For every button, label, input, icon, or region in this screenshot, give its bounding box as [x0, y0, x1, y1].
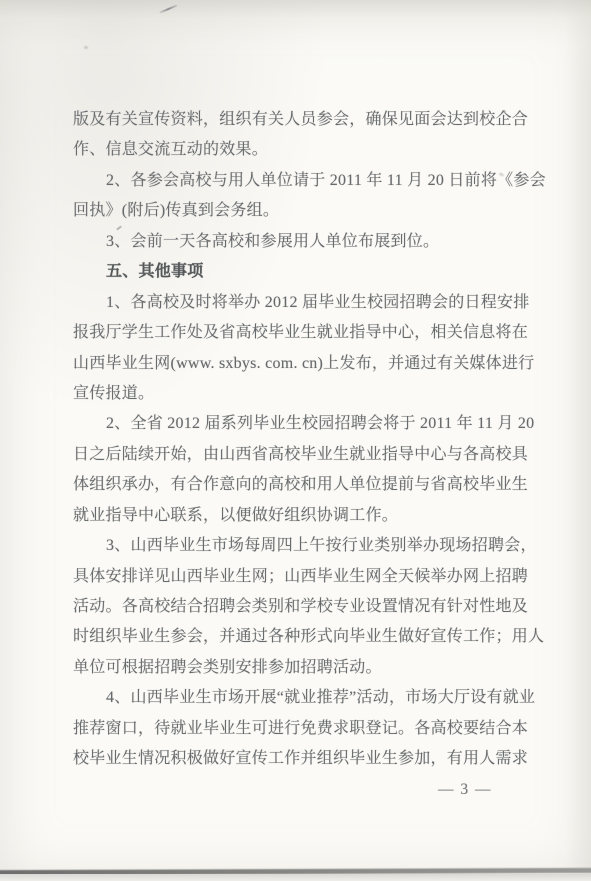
text-line: 回执》(附后)传真到会务组。	[73, 196, 525, 226]
page-number: — 3 —	[438, 781, 492, 799]
text-line: 4、山西毕业生市场开展“就业推荐”活动，市场大厅设有就业	[73, 683, 525, 713]
document-body: 版及有关宣传资料，组织有关人员参会，确保见面会达到校企合 作、信息交流互动的效果…	[73, 105, 525, 775]
text-line: 单位可根据招聘会类别安排参加招聘活动。	[73, 653, 525, 683]
text-line: 日之后陆续开始，由山西省高校毕业生就业指导中心与各高校具	[73, 440, 525, 470]
text-line: 宣传报道。	[73, 379, 525, 409]
text-line: 时组织毕业生参会，并通过各种形式向毕业生做好宣传工作；用人	[73, 622, 525, 652]
text-line: 活动。各高校结合招聘会类别和学校专业设置情况有针对性地及	[73, 592, 525, 622]
scan-speck	[84, 46, 88, 49]
text-line: 3、会前一天各高校和参展用人单位布展到位。	[73, 227, 525, 257]
scanner-background-strip	[0, 874, 591, 881]
text-line: 具体安排详见山西毕业生网；山西毕业生网全天候举办网上招聘	[73, 562, 525, 592]
text-line: 报我厅学生工作处及省高校毕业生就业指导中心，相关信息将在	[73, 318, 525, 348]
text-line: 3、山西毕业生市场每周四上午按行业类别举办现场招聘会，	[73, 531, 525, 561]
text-line: 2、全省 2012 届系列毕业生校园招聘会将于 2011 年 11 月 20	[73, 409, 525, 439]
text-line: 作、信息交流互动的效果。	[73, 135, 525, 165]
text-line: 就业指导中心联系，以便做好组织协调工作。	[73, 501, 525, 531]
text-line: 山西毕业生网(www. sxbys. com. cn)上发布，并通过有关媒体进行	[73, 349, 525, 379]
section-heading: 五、其他事项	[73, 257, 525, 287]
pen-mark-artifact	[159, 4, 177, 14]
text-line: 推荐窗口，待就业毕业生可进行免费求职登记。各高校要结合本	[73, 714, 525, 744]
text-line: 1、各高校及时将举办 2012 届毕业生校园招聘会的日程安排	[73, 288, 525, 318]
text-line: 版及有关宣传资料，组织有关人员参会，确保见面会达到校企合	[73, 105, 525, 135]
text-line: 2、各参会高校与用人单位请于 2011 年 11 月 20 日前将《参会	[73, 166, 525, 196]
text-line: 校毕业生情况积极做好宣传工作并组织毕业生参加，有用人需求	[73, 744, 525, 774]
scanned-document-page: 版及有关宣传资料，组织有关人员参会，确保见面会达到校企合 作、信息交流互动的效果…	[0, 0, 591, 881]
text-line: 体组织承办，有合作意向的高校和用人单位提前与省高校毕业生	[73, 470, 525, 500]
